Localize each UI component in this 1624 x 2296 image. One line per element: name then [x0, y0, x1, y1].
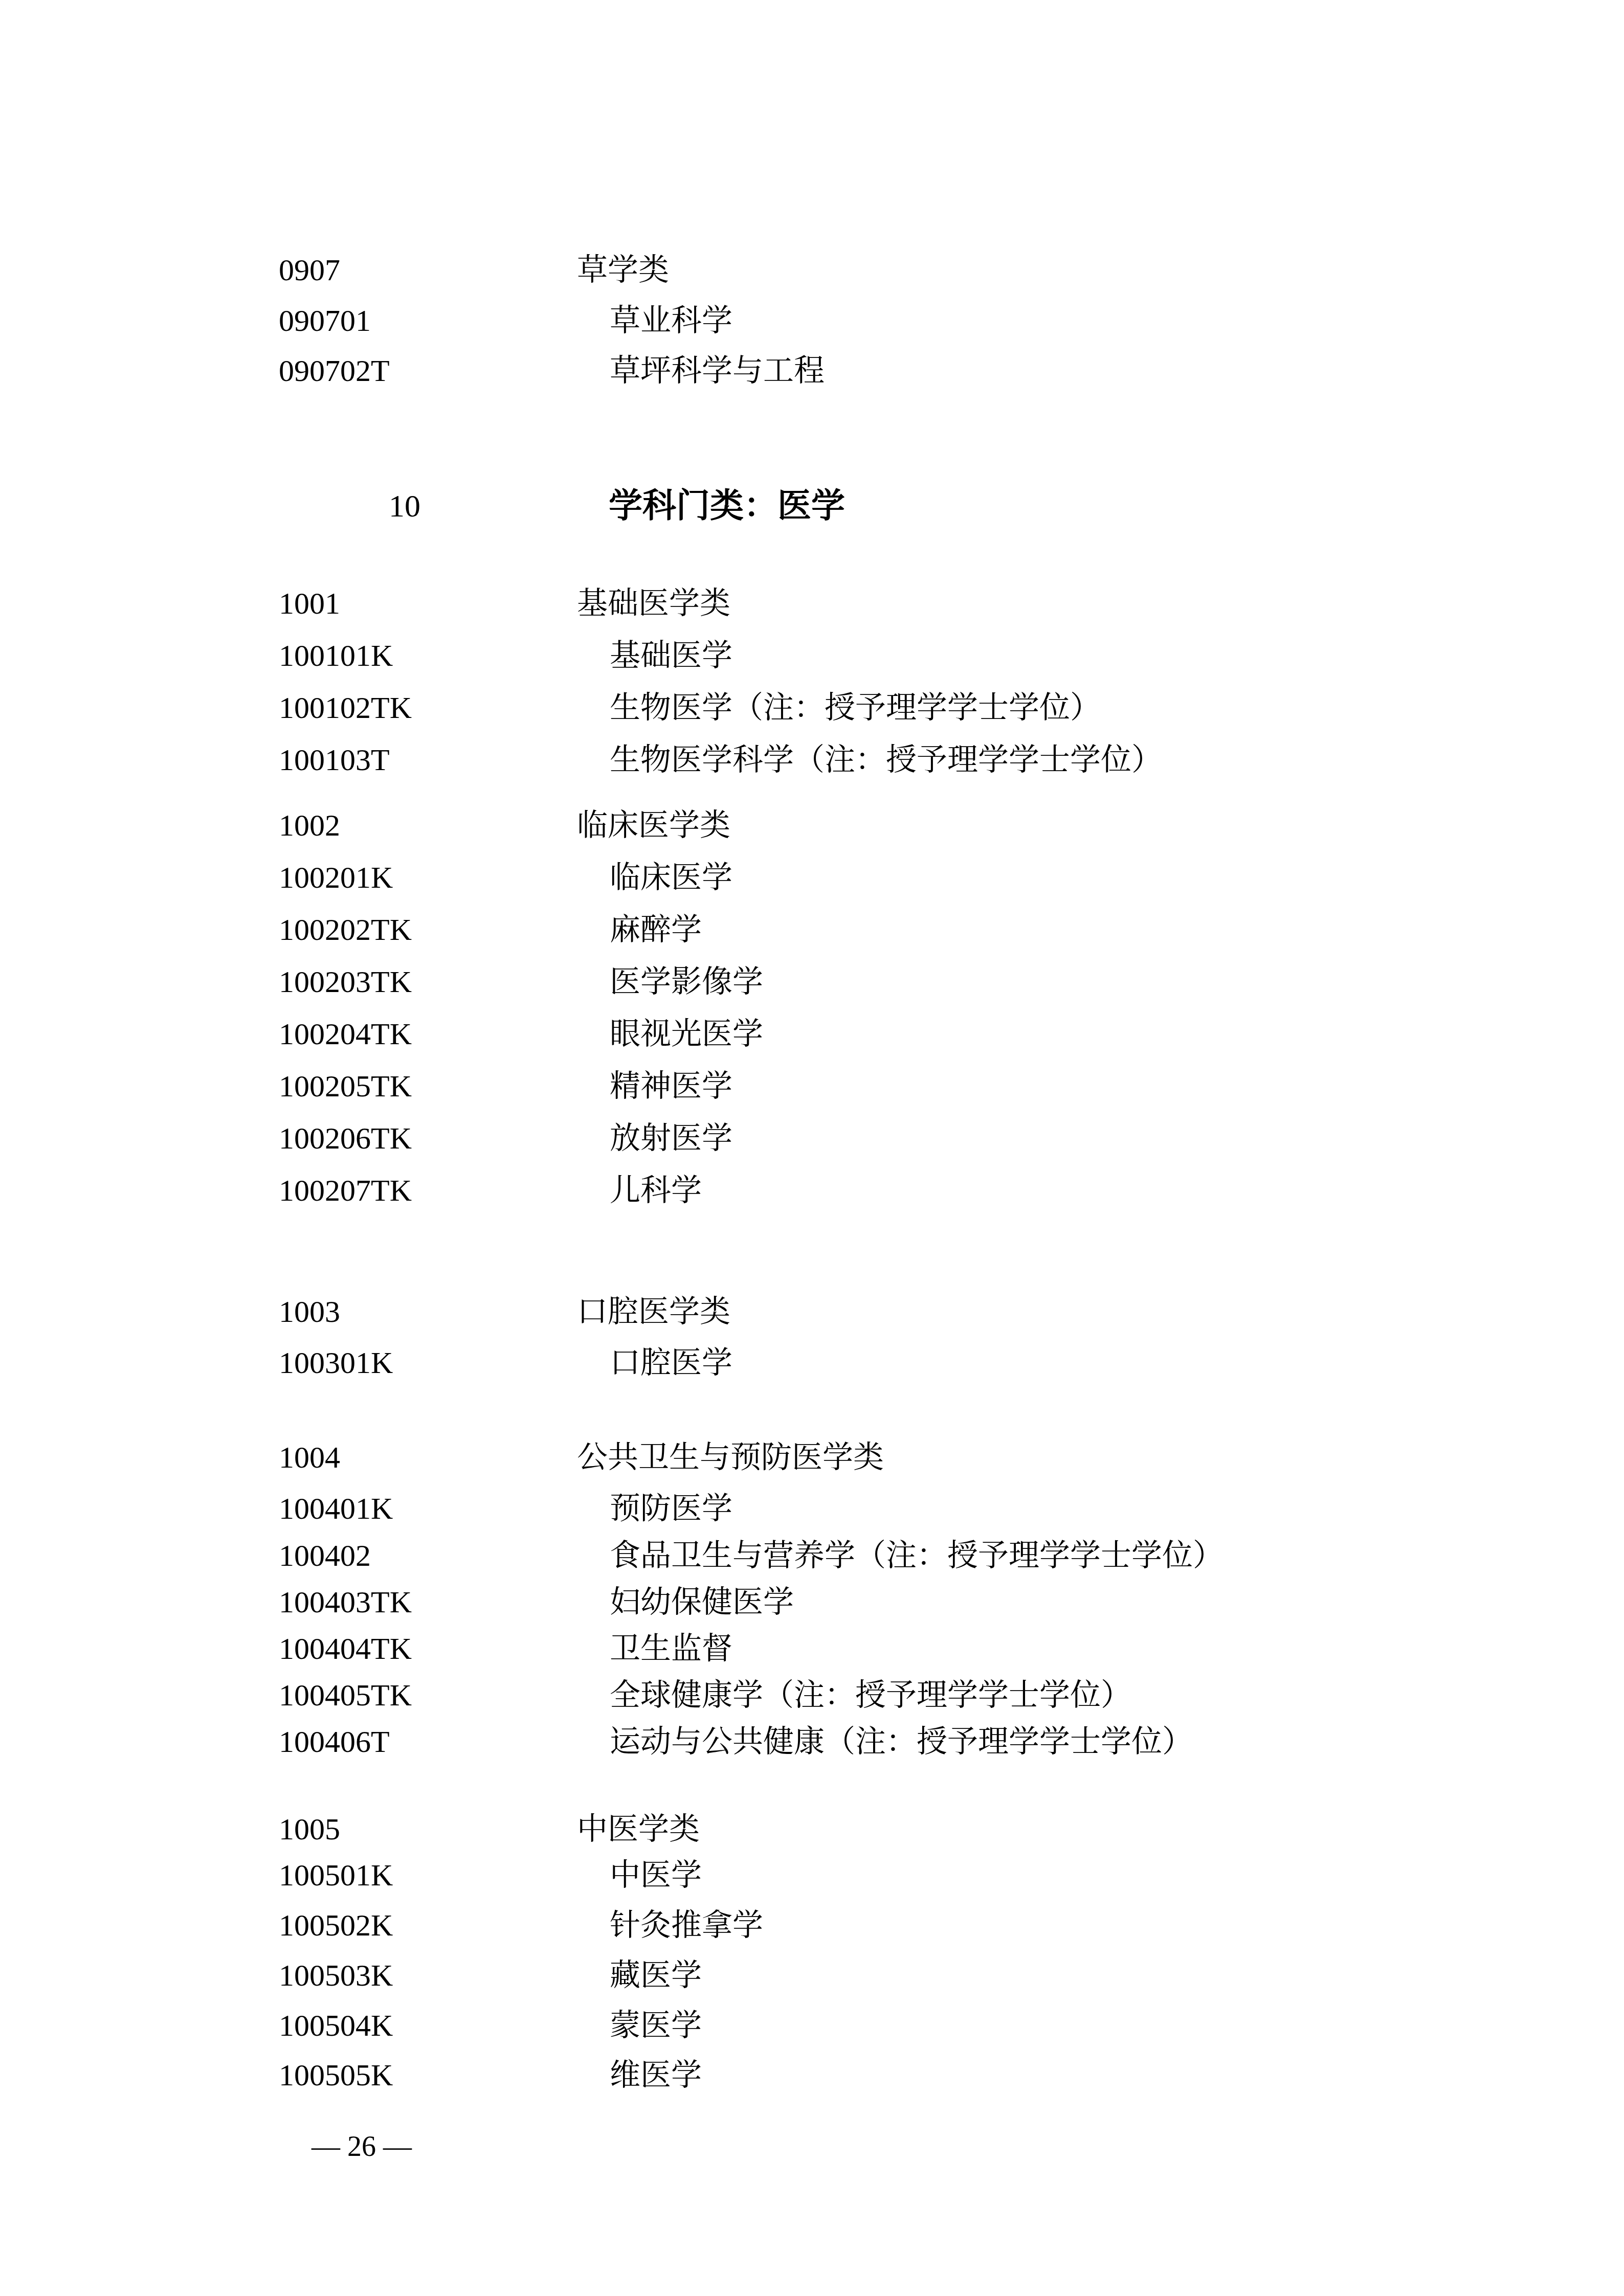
major-name: 卫生监督	[610, 1623, 732, 1674]
major-row: 090701 草业科学	[0, 295, 1624, 346]
major-row: 100505K 维医学	[0, 2050, 1624, 2101]
major-code: 100504K	[279, 2000, 393, 2051]
major-name: 中医学	[610, 1850, 702, 1901]
category-name: 公共卫生与预防医学类	[577, 1432, 884, 1483]
category-name: 临床医学类	[577, 800, 730, 851]
major-name: 草坪科学与工程	[610, 345, 825, 396]
major-name: 麻醉学	[610, 904, 702, 955]
major-name: 维医学	[610, 2050, 702, 2101]
major-code: 100202TK	[279, 904, 412, 955]
major-name: 生物医学科学（注：授予理学学士学位）	[610, 734, 1162, 785]
major-code: 100206TK	[279, 1113, 412, 1164]
category-name: 中医学类	[577, 1804, 700, 1855]
category-name: 基础医学类	[577, 578, 730, 629]
section-heading: 10 学科门类：医学	[0, 473, 1624, 539]
major-code: 090702T	[279, 345, 390, 396]
major-code: 1005	[279, 1804, 340, 1855]
major-row: 100207TK 儿科学	[0, 1165, 1624, 1216]
major-name: 藏医学	[610, 1950, 702, 2001]
category-row: 1002 临床医学类	[0, 800, 1624, 851]
major-row: 100406T 运动与公共健康（注：授予理学学士学位）	[0, 1716, 1624, 1767]
major-row: 100402 食品卫生与营养学（注：授予理学学士学位）	[0, 1530, 1624, 1581]
major-row: 100201K 临床医学	[0, 852, 1624, 903]
section-title: 学科门类：医学	[609, 473, 845, 539]
major-row: 100403TK 妇幼保健医学	[0, 1577, 1624, 1628]
major-code: 100405TK	[279, 1670, 412, 1721]
major-name: 草业科学	[610, 295, 732, 346]
major-code: 100203TK	[279, 956, 412, 1007]
major-code: 100505K	[279, 2050, 393, 2101]
major-row: 100404TK 卫生监督	[0, 1623, 1624, 1674]
major-code: 1002	[279, 800, 340, 851]
major-row: 100405TK 全球健康学（注：授予理学学士学位）	[0, 1670, 1624, 1721]
major-name: 儿科学	[610, 1165, 702, 1216]
major-name: 生物医学（注：授予理学学士学位）	[610, 682, 1101, 733]
major-code: 100401K	[279, 1483, 393, 1534]
major-row: 100504K 蒙医学	[0, 2000, 1624, 2051]
major-name: 医学影像学	[610, 956, 763, 1007]
major-name: 预防医学	[610, 1483, 732, 1534]
category-name: 口腔医学类	[577, 1286, 730, 1337]
major-name: 全球健康学（注：授予理学学士学位）	[610, 1670, 1131, 1721]
major-code: 100501K	[279, 1850, 393, 1901]
major-name: 临床医学	[610, 852, 732, 903]
major-row: 100301K 口腔医学	[0, 1337, 1624, 1388]
major-code: 100503K	[279, 1950, 393, 2001]
major-row: 100204TK 眼视光医学	[0, 1008, 1624, 1060]
major-code: 100103T	[279, 734, 390, 785]
category-row: 1004 公共卫生与预防医学类	[0, 1432, 1624, 1483]
category-name: 草学类	[577, 244, 669, 296]
major-row: 100503K 藏医学	[0, 1950, 1624, 2001]
major-code: 100201K	[279, 852, 393, 903]
major-name: 精神医学	[610, 1061, 732, 1112]
major-code: 090701	[279, 295, 371, 346]
major-code: 100204TK	[279, 1008, 412, 1060]
category-row: 1005 中医学类	[0, 1804, 1624, 1855]
major-row: 100103T 生物医学科学（注：授予理学学士学位）	[0, 734, 1624, 785]
major-name: 针灸推拿学	[610, 1900, 763, 1951]
major-code: 100502K	[279, 1900, 393, 1951]
category-row: 1003 口腔医学类	[0, 1286, 1624, 1337]
major-row: 100206TK 放射医学	[0, 1113, 1624, 1164]
major-code: 100402	[279, 1530, 371, 1581]
document-page: 0907 草学类 090701 草业科学 090702T 草坪科学与工程 10 …	[0, 0, 1624, 2296]
major-row: 100401K 预防医学	[0, 1483, 1624, 1534]
major-code: 0907	[279, 244, 340, 296]
major-row: 100502K 针灸推拿学	[0, 1900, 1624, 1951]
category-row: 1001 基础医学类	[0, 578, 1624, 629]
page-number: — 26 —	[312, 2121, 412, 2172]
major-name: 蒙医学	[610, 2000, 702, 2051]
major-row: 100501K 中医学	[0, 1850, 1624, 1901]
major-code: 100205TK	[279, 1061, 412, 1112]
major-code: 100207TK	[279, 1165, 412, 1216]
major-name: 口腔医学	[610, 1337, 732, 1388]
major-name: 妇幼保健医学	[610, 1577, 794, 1628]
major-row: 100101K 基础医学	[0, 630, 1624, 681]
major-row: 100203TK 医学影像学	[0, 956, 1624, 1007]
major-code: 1004	[279, 1432, 340, 1483]
major-row: 100102TK 生物医学（注：授予理学学士学位）	[0, 682, 1624, 733]
major-code: 100102TK	[279, 682, 412, 733]
major-code: 100404TK	[279, 1623, 412, 1674]
major-name: 放射医学	[610, 1113, 732, 1164]
major-name: 眼视光医学	[610, 1008, 763, 1060]
major-code: 100403TK	[279, 1577, 412, 1628]
major-row: 100202TK 麻醉学	[0, 904, 1624, 955]
major-row: 100205TK 精神医学	[0, 1061, 1624, 1112]
major-row: 090702T 草坪科学与工程	[0, 345, 1624, 396]
major-code: 100406T	[279, 1716, 390, 1767]
major-code: 1001	[279, 578, 340, 629]
section-number: 10	[389, 473, 420, 539]
major-name: 食品卫生与营养学（注：授予理学学士学位）	[610, 1530, 1223, 1581]
major-code: 1003	[279, 1286, 340, 1337]
major-name: 基础医学	[610, 630, 732, 681]
major-name: 运动与公共健康（注：授予理学学士学位）	[610, 1716, 1193, 1767]
category-row: 0907 草学类	[0, 244, 1624, 296]
major-code: 100301K	[279, 1337, 393, 1388]
major-code: 100101K	[279, 630, 393, 681]
